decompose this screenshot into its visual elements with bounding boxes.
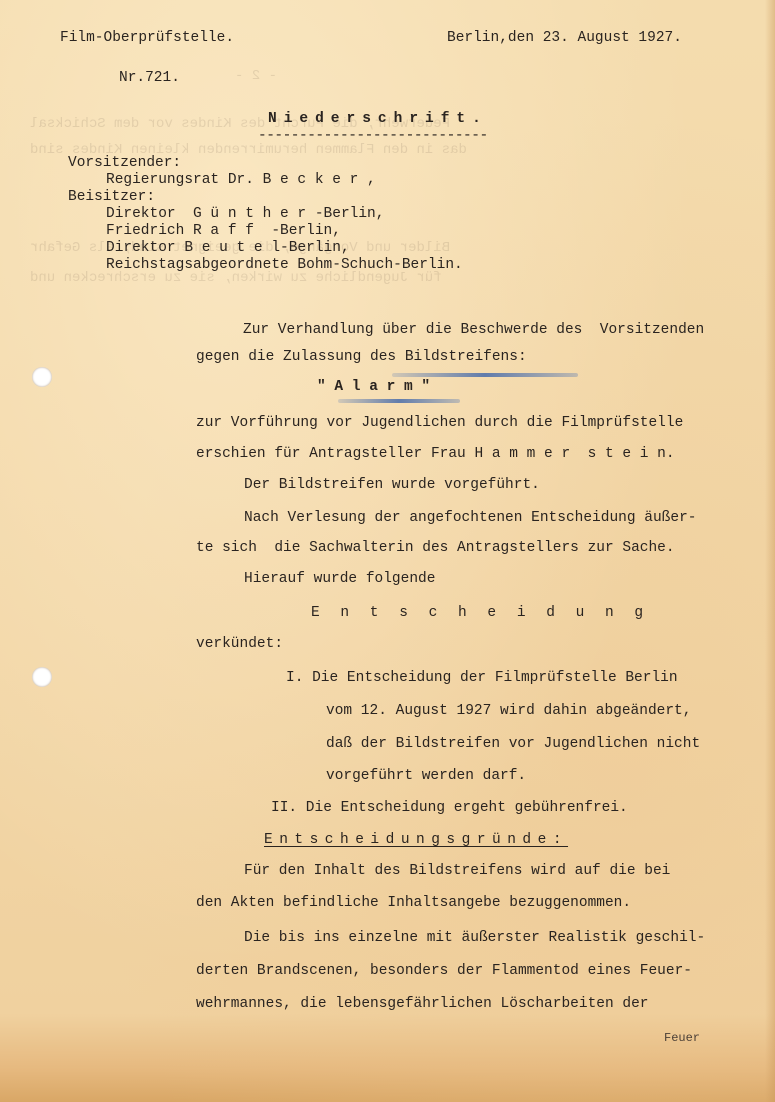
- proceedings-line: zur Vorführung vor Jugendlichen durch di…: [196, 415, 683, 431]
- reasons-line: Die bis ins einzelne mit äußerster Reali…: [244, 930, 705, 946]
- decision-item-1-cont: daß der Bildstreifen vor Jugendlichen ni…: [326, 736, 700, 752]
- chair-label: Vorsitzender:: [68, 155, 181, 171]
- proceedings-line: gegen die Zulassung des Bildstreifens:: [196, 349, 527, 365]
- decision-item-1-cont: vorgeführt werden darf.: [326, 768, 526, 784]
- reasons-heading: Entscheidungsgründe:: [264, 832, 568, 848]
- office-name: Film-Oberprüfstelle.: [60, 30, 234, 46]
- document-page: - 2 - Feuerwehr, die Furcht des Kindes v…: [0, 0, 775, 1102]
- document-title: Niederschrift.: [268, 111, 488, 127]
- assessor-item: Direktor B e u t e l-Berlin,: [106, 240, 350, 256]
- proceedings-line: Der Bildstreifen wurde vorgeführt.: [244, 477, 540, 493]
- proceedings-line: erschien für Antragsteller Frau H a m m …: [196, 446, 675, 462]
- assessor-item: Direktor G ü n t h e r -Berlin,: [106, 206, 384, 222]
- decision-heading: E n t s c h e i d u n g: [311, 605, 649, 621]
- decision-item-1: I. Die Entscheidung der Filmprüfstelle B…: [286, 670, 678, 686]
- decision-item-2: II. Die Entscheidung ergeht gebührenfrei…: [271, 800, 628, 816]
- page-catchword: Feuer: [664, 1030, 700, 1046]
- proceedings-line: Nach Verlesung der angefochtenen Entsche…: [244, 510, 696, 526]
- proceedings-line: Hierauf wurde folgende: [244, 571, 435, 587]
- assessors-label: Beisitzer:: [68, 189, 155, 205]
- assessor-item: Friedrich R a f f -Berlin,: [106, 223, 341, 239]
- reasons-line: wehrmannes, die lebensgefährlichen Lösch…: [196, 996, 648, 1012]
- reasons-line: den Akten befindliche Inhaltsangebe bezu…: [196, 895, 631, 911]
- title-rule: ----------------------------: [258, 128, 488, 144]
- bleed-through-text: - 2 -: [235, 68, 277, 84]
- punch-hole: [32, 367, 52, 387]
- blue-pencil-mark: [338, 399, 460, 403]
- reasons-line: derten Brandscenen, besonders der Flamme…: [196, 963, 692, 979]
- file-number: Nr.721.: [119, 70, 180, 86]
- proceedings-line: te sich die Sachwalterin des Antragstell…: [196, 540, 675, 556]
- assessor-item: Reichstagsabgeordnete Bohm-Schuch-Berlin…: [106, 257, 463, 273]
- paper-edge: [765, 0, 775, 1102]
- decision-announced: verkündet:: [196, 636, 283, 652]
- decision-item-1-cont: vom 12. August 1927 wird dahin abgeänder…: [326, 703, 691, 719]
- chair-name: Regierungsrat Dr. B e c k e r ,: [106, 172, 376, 188]
- reasons-line: Für den Inhalt des Bildstreifens wird au…: [244, 863, 670, 879]
- place-date: Berlin,den 23. August 1927.: [447, 30, 682, 46]
- film-title: " A l a r m ": [317, 379, 430, 395]
- punch-hole: [32, 667, 52, 687]
- blue-pencil-mark: [392, 373, 578, 377]
- proceedings-line: Zur Verhandlung über die Beschwerde des …: [243, 322, 704, 338]
